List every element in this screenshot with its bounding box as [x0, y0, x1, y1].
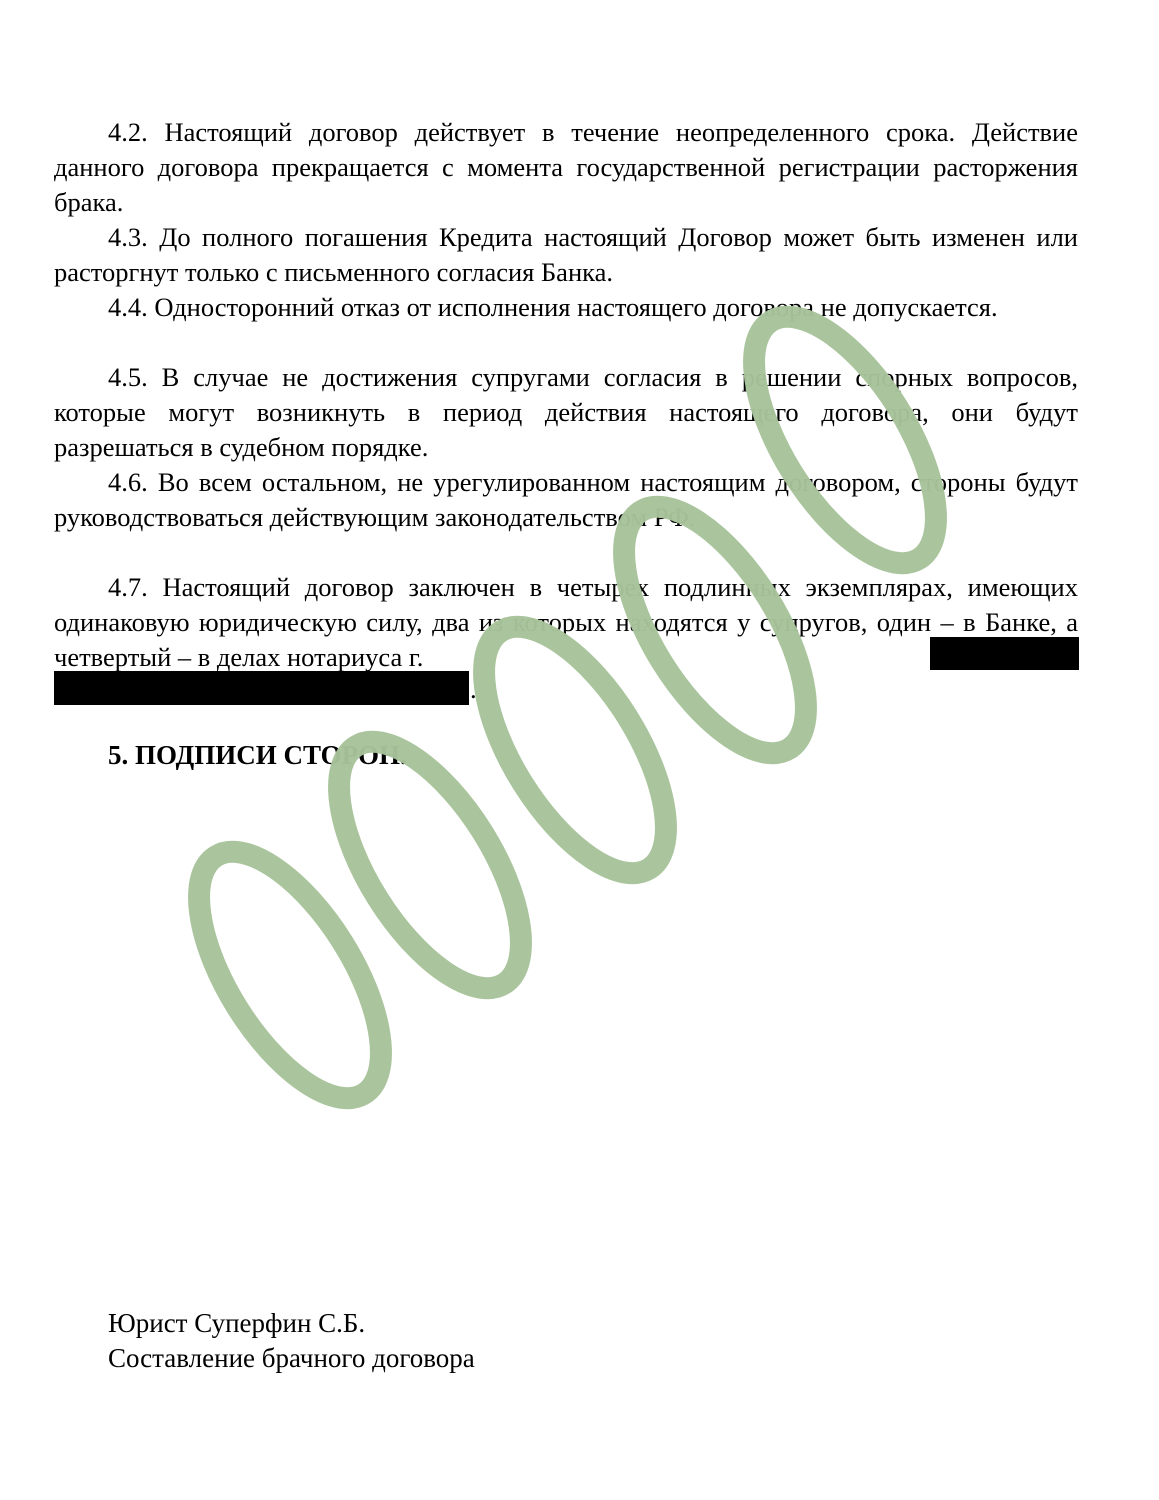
clause-4-6: 4.6. Во всем остальном, не урегулированн… — [54, 465, 1078, 535]
trailing-period: . — [470, 672, 477, 707]
section-heading-signatures: 5. ПОДПИСИ СТОРОН. — [108, 740, 407, 771]
redaction-block — [930, 637, 1079, 670]
clause-4-2: 4.2. Настоящий договор действует в течен… — [54, 115, 1078, 220]
footer-author: Юрист Суперфин С.Б. — [108, 1308, 365, 1339]
clause-4-3: 4.3. До полного погашения Кредита настоя… — [54, 220, 1078, 290]
document-page: 4.2. Настоящий договор действует в течен… — [0, 0, 1159, 1500]
footer-service: Составление брачного договора — [108, 1343, 475, 1374]
clause-4-5: 4.5. В случае не достижения супругами со… — [54, 360, 1078, 465]
clause-4-7: 4.7. Настоящий договор заключен в четыре… — [54, 570, 1078, 675]
clause-4-4: 4.4. Односторонний отказ от исполнения н… — [54, 290, 1078, 325]
redaction-block — [54, 671, 469, 705]
